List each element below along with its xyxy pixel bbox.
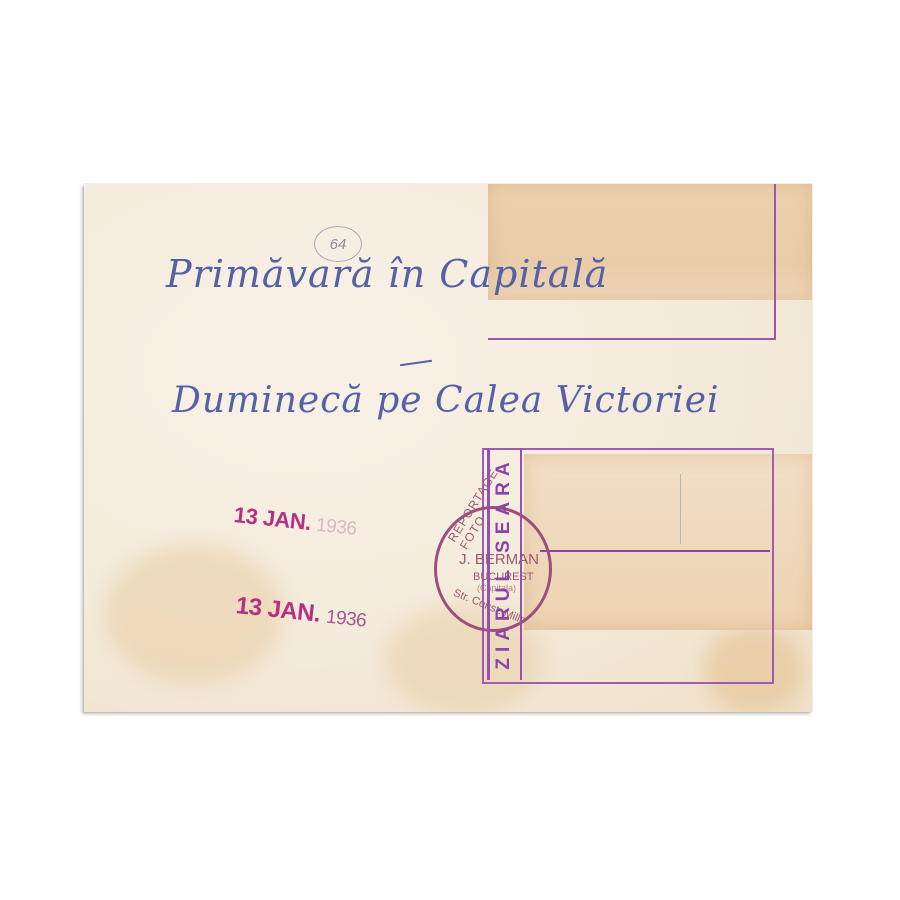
pencil-line bbox=[680, 474, 681, 544]
caption-line-2: Duminecă pe Calea Victoriei bbox=[172, 380, 720, 421]
newspaper-stamp: ZIARUL SEARA bbox=[487, 448, 522, 680]
date-year: 1936 bbox=[315, 515, 357, 540]
date-day: 13 bbox=[235, 592, 263, 622]
date-month: JAN. bbox=[262, 505, 312, 535]
date-year: 1936 bbox=[325, 607, 367, 632]
date-month: JAN. bbox=[266, 595, 321, 627]
date-day: 13 bbox=[233, 502, 259, 529]
date-stamp-1: 13 JAN. 1936 bbox=[233, 502, 358, 541]
stamp-frame-divider bbox=[540, 550, 770, 552]
newspaper-stamp-text: ZIARUL SEARA bbox=[493, 453, 515, 673]
caption-line-1: Primăvară în Capitală bbox=[166, 252, 608, 296]
photo-back-card: 64 Primăvară în Capitală Duminecă pe Cal… bbox=[84, 184, 812, 712]
caption-separator bbox=[400, 360, 432, 366]
